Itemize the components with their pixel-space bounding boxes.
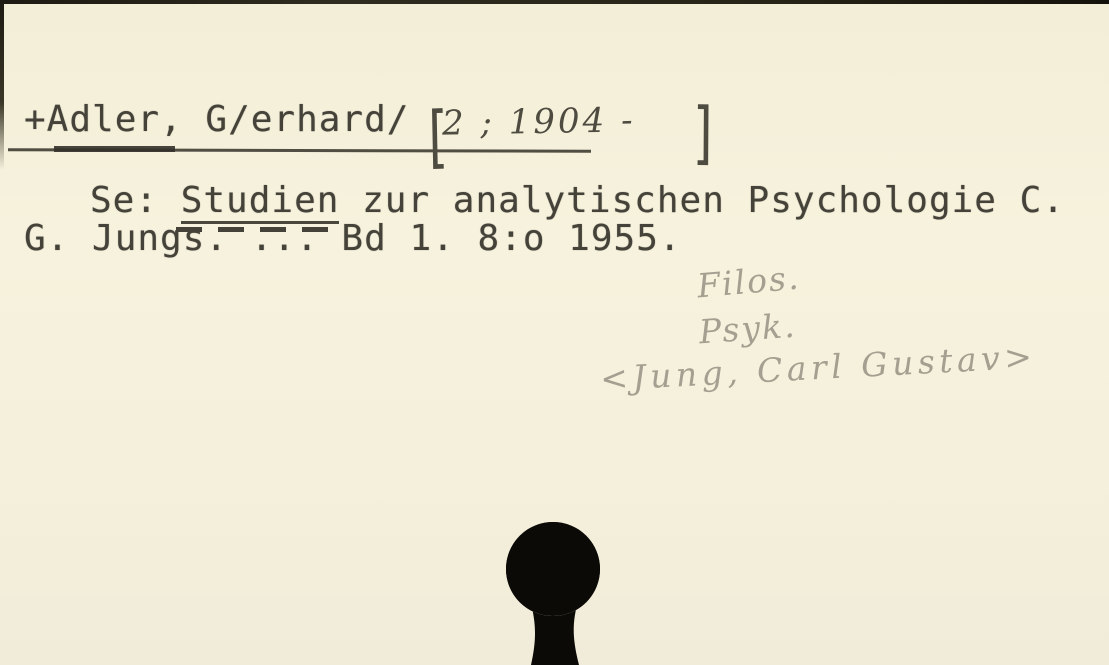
heading-author: +Adler, G/erhard/ [24, 100, 409, 140]
pencil-subject-psyk: Psyk. [698, 306, 798, 352]
scan-edge-top [0, 0, 1109, 4]
heading-underline-heavy [54, 146, 175, 152]
reference-rest: zur analytischen Psychologie C. [339, 180, 1065, 221]
pencil-cross-reference-jung: <Jung, Carl Gustav> [599, 337, 1037, 399]
pencil-subject-filos: Filos. [695, 258, 801, 306]
reference-prefix: Se: [90, 180, 181, 221]
scan-edge-left [0, 0, 4, 170]
handwritten-dates: 2 ; 1904 - [442, 100, 636, 143]
handwritten-bracket-close: ] [689, 102, 720, 166]
reference-line-2: G. Jungs. ... Bd 1. 8:o 1955. [24, 219, 682, 259]
catalog-card-scan: +Adler, G/erhard/ [ 2 ; 1904 - ] Se: Stu… [0, 0, 1109, 665]
keyhole-punch-hole [500, 520, 608, 665]
reference-line-1: Se: Studien zur analytischen Psychologie… [90, 181, 1065, 221]
